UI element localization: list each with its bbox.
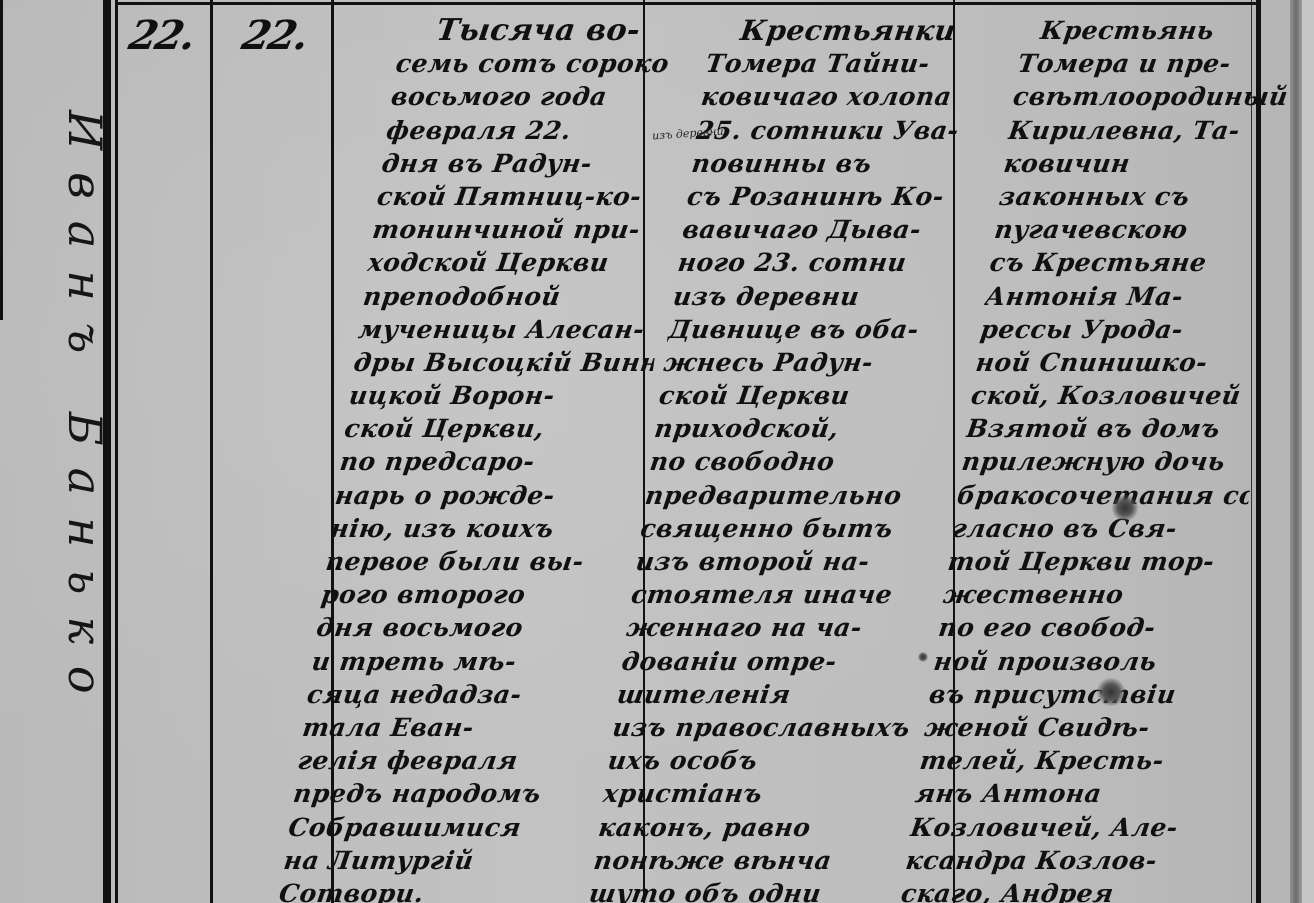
text-line: женой Свидѣ-	[922, 711, 1219, 744]
text-line: законных съ	[997, 180, 1294, 213]
text-line: по его свобод-	[936, 611, 1233, 644]
text-line: той Церкви тор-	[946, 545, 1243, 578]
ink-stain	[1097, 678, 1125, 706]
text-line: гелія февраля	[296, 744, 601, 777]
text-line: Томера и пре-	[1016, 47, 1313, 80]
text-line: Антонія Ма-	[983, 280, 1280, 313]
text-line: мученицы Алесан-	[356, 313, 661, 346]
text-line: тонинчиной при-	[370, 213, 675, 246]
text-line: съ Розанинѣ Ко-	[685, 180, 990, 213]
text-line: изъ православныхъ	[610, 711, 915, 744]
text-line: Дивнице въ оба-	[666, 313, 971, 346]
text-line: жнесь Радун-	[662, 346, 967, 379]
ink-stain	[918, 652, 928, 662]
text-line: Сотвори.	[277, 877, 582, 903]
row-top-rule	[115, 2, 1260, 5]
text-line: стоятеля иначе	[629, 578, 934, 611]
text-line: ковичаго холопа	[699, 80, 1004, 113]
ink-stain	[1112, 495, 1138, 521]
text-line: дня восьмого	[314, 611, 619, 644]
text-line: христіанъ	[601, 777, 906, 810]
text-line: ксандра Козлов-	[904, 844, 1201, 877]
margin-name-text: Иванъ Банько	[52, 110, 112, 900]
text-line: Кирилевна, Та-	[1006, 114, 1303, 147]
text-line: пугачевскою	[992, 213, 1289, 246]
document-page: Иванъ Банько 22. 22. Тысяча во- семь сот…	[0, 0, 1314, 903]
facing-page-edge	[1302, 0, 1314, 903]
text-line: ской Церкви	[657, 379, 962, 412]
text-line: восьмого года	[389, 80, 694, 113]
text-line: изъ второй на-	[634, 545, 939, 578]
text-line: семь сотъ сороко	[394, 47, 699, 80]
text-line: ного 23. сотни	[676, 246, 981, 279]
text-line: шуто объ одни	[587, 877, 892, 903]
text-line: свѣтлоородиный	[1011, 80, 1308, 113]
text-line: Взятой въ домъ	[964, 412, 1261, 445]
text-line: шителенія	[615, 678, 920, 711]
text-line: изъ деревни	[671, 280, 976, 313]
column-rule	[210, 0, 213, 903]
text-line: женнаго на ча-	[624, 611, 929, 644]
text-line: ходской Церкви	[366, 246, 671, 279]
column-rule-thin	[115, 0, 118, 903]
text-line: скаго, Андрея	[899, 877, 1196, 903]
record-number-male: 22.	[125, 12, 199, 59]
text-line: тала Еван-	[300, 711, 605, 744]
text-line: рессы Урода-	[978, 313, 1275, 346]
text-line: сяца недадза-	[305, 678, 610, 711]
text-line: ской Пятниц-ко-	[375, 180, 680, 213]
text-line: ной произволь	[932, 645, 1229, 678]
text-line: на Литургій	[282, 844, 587, 877]
text-line: дры Высоцкій Винн-	[352, 346, 657, 379]
text-line: дня въ Радун-	[380, 147, 685, 180]
text-line: преподобной	[361, 280, 666, 313]
text-line: дованіи отре-	[620, 645, 925, 678]
text-line: по свободно	[648, 445, 953, 478]
text-line: гласно въ Свя-	[950, 512, 1247, 545]
text-line: февраля 22.	[384, 114, 689, 147]
text-line: приходской,	[652, 412, 957, 445]
text-line: каконъ, равно	[596, 811, 901, 844]
text-line: телей, Кресть-	[918, 744, 1215, 777]
text-line: и треть мѣ-	[310, 645, 615, 678]
text-line: нію, изъ коихъ	[328, 512, 633, 545]
text-line: прилежную дочь	[960, 445, 1257, 478]
text-line: съ Крестьяне	[988, 246, 1285, 279]
text-line: понѣже вѣнча	[592, 844, 897, 877]
text-line: предварительно	[643, 479, 948, 512]
text-line: ицкой Ворон-	[347, 379, 652, 412]
text-line: повинны въ	[690, 147, 995, 180]
text-line: Тысяча во-	[398, 14, 703, 47]
text-line: ной Спинишко-	[974, 346, 1271, 379]
text-line: вавичаго Дыва-	[680, 213, 985, 246]
text-line: рого второго	[319, 578, 624, 611]
text-line: предъ народомъ	[291, 777, 596, 810]
text-line: жественно	[941, 578, 1238, 611]
left-margin-rule	[0, 0, 3, 320]
text-line: нарь о рожде-	[333, 479, 638, 512]
text-line: ской Церкви,	[342, 412, 647, 445]
text-line: Козловичей, Але-	[908, 811, 1205, 844]
text-line: ковичин	[1002, 147, 1299, 180]
text-line: Крестьянки	[708, 14, 1013, 47]
text-line: Крестьянь	[1020, 14, 1314, 47]
text-line: Собравшимися	[286, 811, 591, 844]
text-line: ихъ особъ	[606, 744, 911, 777]
record-number-female: 22.	[238, 12, 312, 59]
text-line: янъ Антона	[913, 777, 1210, 810]
text-line: священно бытъ	[638, 512, 943, 545]
text-line: 25. сотники Ува-	[694, 114, 999, 147]
text-line: въ присутствіи	[927, 678, 1224, 711]
text-line: Томера Тайни-	[704, 47, 1009, 80]
text-line: бракосочетания со-	[955, 479, 1252, 512]
text-line: ской, Козловичей	[969, 379, 1266, 412]
text-line: первое были вы-	[324, 545, 629, 578]
text-line: по предсаро-	[338, 445, 643, 478]
